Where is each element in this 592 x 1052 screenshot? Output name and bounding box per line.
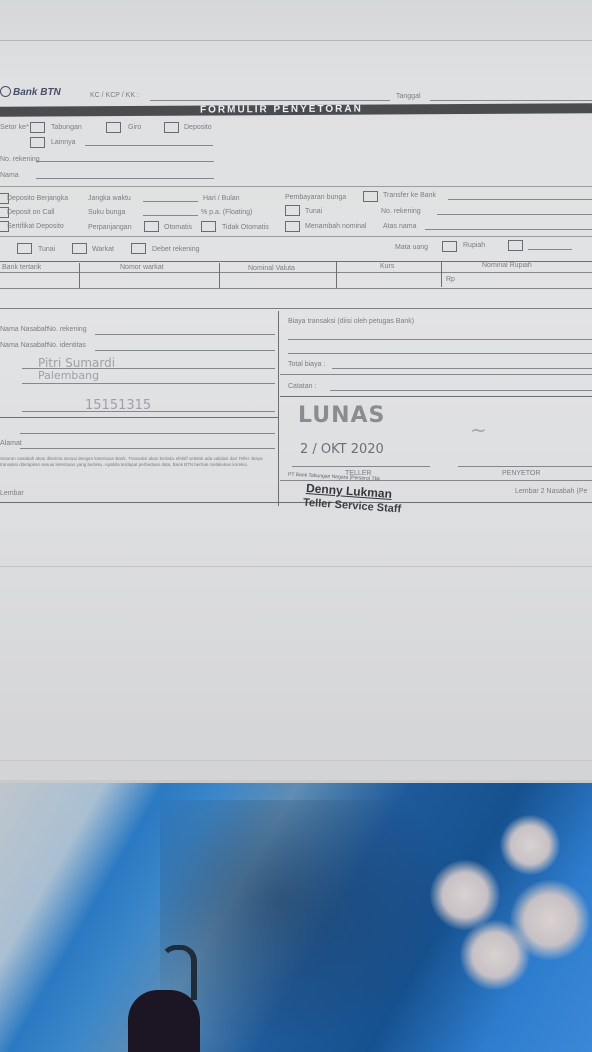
handwritten-city: Palembang bbox=[38, 369, 99, 382]
interest-payment-label: Pembayaran bunga bbox=[285, 194, 346, 201]
currency-rupiah: Rupiah bbox=[463, 242, 485, 249]
col-kurs: Kurs bbox=[380, 263, 394, 270]
section-divider bbox=[0, 417, 278, 418]
date-line bbox=[430, 100, 592, 101]
rate-field[interactable] bbox=[143, 215, 198, 216]
teller-sign-line bbox=[292, 466, 430, 467]
table-col-divider bbox=[336, 262, 337, 288]
section-divider bbox=[0, 308, 592, 309]
section-divider bbox=[0, 186, 592, 187]
interest-transfer: Transfer ke Bank bbox=[383, 192, 436, 199]
btn-logo-icon bbox=[0, 86, 11, 97]
depositor-line[interactable] bbox=[22, 383, 275, 384]
paper-fold-line bbox=[0, 566, 592, 567]
total-fee-field[interactable] bbox=[332, 368, 592, 369]
col-bank-tertarik: Bank tertarik bbox=[2, 264, 41, 271]
shadow bbox=[160, 800, 460, 1050]
section-divider bbox=[280, 374, 592, 375]
checkbox-deposito[interactable] bbox=[164, 122, 179, 133]
depositor-sign-line bbox=[458, 466, 592, 467]
bank-logo: Bank BTN bbox=[0, 86, 61, 98]
interest-tunai: Tunai bbox=[305, 208, 322, 215]
form-bottom-border bbox=[0, 502, 592, 503]
checkbox-tabungan[interactable] bbox=[30, 122, 45, 133]
source-debet: Debet rekening bbox=[152, 246, 199, 253]
term-label: Jangka waktu bbox=[88, 195, 131, 202]
depositor-name-label: Nama Nasabah bbox=[0, 326, 49, 333]
section-divider bbox=[0, 236, 592, 237]
deposito-type-1: Deposito Berjangka bbox=[7, 195, 68, 202]
paper-edge bbox=[0, 760, 592, 761]
depositor-label: PENYETOR bbox=[502, 470, 540, 477]
account-name-label: Nama bbox=[0, 172, 19, 179]
account-number-label: No. rekening bbox=[0, 156, 40, 163]
branch-label: KC / KCP / KK : bbox=[90, 92, 139, 99]
table-row-border bbox=[0, 288, 592, 289]
table-col-divider bbox=[79, 263, 80, 289]
depositor-signature: ~ bbox=[470, 418, 487, 442]
column-divider bbox=[278, 311, 279, 506]
depositor-id-label: No. identitas bbox=[47, 342, 86, 349]
form-title-band: FORMULIR PENYETORAN bbox=[0, 103, 592, 117]
flower-pattern bbox=[500, 815, 560, 875]
bag bbox=[128, 990, 200, 1052]
section-divider bbox=[280, 396, 592, 397]
checkbox-menambah-nominal[interactable] bbox=[285, 221, 300, 232]
transfer-account-label: No. rekening bbox=[381, 208, 421, 215]
extra-field[interactable] bbox=[20, 433, 275, 434]
transfer-account-field[interactable] bbox=[437, 214, 592, 215]
disclaimer-text: Setoran nasabah akan diterima sesuai den… bbox=[0, 456, 276, 482]
notes-label: Catatan : bbox=[288, 383, 316, 390]
renewal-otomatis: Otomatis bbox=[164, 224, 192, 231]
interest-menambah: Menambah nominal bbox=[305, 223, 366, 230]
section-divider bbox=[280, 480, 592, 481]
form-title: FORMULIR PENYETORAN bbox=[200, 104, 363, 116]
table-header-border bbox=[0, 272, 592, 273]
table-col-divider bbox=[219, 263, 220, 289]
checkbox-transfer-bank[interactable] bbox=[363, 191, 378, 202]
checkbox-tidak-otomatis[interactable] bbox=[201, 221, 216, 232]
option-giro: Giro bbox=[128, 124, 141, 131]
source-tunai: Tunai bbox=[38, 246, 55, 253]
term-unit: Hari / Bulan bbox=[203, 195, 240, 202]
depositor-account-field[interactable] bbox=[95, 334, 275, 335]
term-field[interactable] bbox=[143, 201, 198, 202]
footer-left: Lembar bbox=[0, 490, 24, 497]
bank-field[interactable] bbox=[448, 199, 592, 200]
rate-label: Suku bunga bbox=[88, 209, 125, 216]
checkbox-tunai[interactable] bbox=[17, 243, 32, 254]
checkbox-rupiah[interactable] bbox=[442, 241, 457, 252]
address-label: Alamat bbox=[0, 440, 22, 447]
deposito-type-3: Sertifikat Deposito bbox=[7, 223, 64, 230]
currency-label: Mata uang bbox=[395, 244, 428, 251]
stamp-date: 2 / OKT 2020 bbox=[300, 442, 384, 457]
col-nominal-valuta: Nominal Valuta bbox=[248, 265, 295, 272]
checkbox-debet-rekening[interactable] bbox=[131, 243, 146, 254]
col-nominal-rupiah: Nominal Rupiah bbox=[482, 262, 532, 269]
depositor-id-field[interactable] bbox=[95, 350, 275, 351]
checkbox-giro[interactable] bbox=[106, 122, 121, 133]
option-lainnya: Lainnya bbox=[51, 139, 76, 146]
table-col-divider bbox=[441, 261, 442, 287]
address-field[interactable] bbox=[20, 448, 275, 449]
total-fee-label: Total biaya : bbox=[288, 361, 325, 368]
fee-line[interactable] bbox=[288, 339, 592, 340]
lunas-stamp: LUNAS bbox=[298, 403, 385, 428]
source-warkat: Warkat bbox=[92, 246, 114, 253]
date-label: Tanggal bbox=[396, 93, 421, 100]
transfer-name-label: Atas nama bbox=[383, 223, 416, 230]
col-nomor-warkat: Nomor warkat bbox=[120, 264, 164, 271]
checkbox-otomatis[interactable] bbox=[144, 221, 159, 232]
fees-label: Biaya transaksi (diisi oleh petugas Bank… bbox=[288, 318, 414, 325]
bank-name: Bank BTN bbox=[13, 87, 61, 98]
transfer-name-field[interactable] bbox=[425, 229, 592, 230]
checkbox-other-currency[interactable] bbox=[508, 240, 523, 251]
branch-line bbox=[150, 100, 390, 101]
option-deposito: Deposito bbox=[184, 124, 212, 131]
checkbox-warkat[interactable] bbox=[72, 243, 87, 254]
notes-field[interactable] bbox=[330, 390, 592, 391]
flower-pattern bbox=[460, 920, 530, 990]
depositor-name-label-2: Nama Nasabah bbox=[0, 342, 49, 349]
lainnya-line[interactable] bbox=[85, 145, 213, 146]
account-name-field[interactable] bbox=[36, 178, 214, 179]
rate-unit: % p.a. (Floating) bbox=[201, 209, 252, 216]
deposit-to-label: Setor ke* bbox=[0, 124, 29, 131]
depositor-account-label: No. rekening bbox=[47, 326, 87, 333]
depositor-line[interactable] bbox=[22, 411, 275, 412]
checkbox-tunai-interest[interactable] bbox=[285, 205, 300, 216]
copy-note: Lembar 2 Nasabah (Pe bbox=[515, 488, 587, 495]
rupiah-prefix: Rp bbox=[446, 276, 455, 283]
deposito-type-2: Deposit on Call bbox=[7, 209, 54, 216]
account-number-field[interactable] bbox=[36, 161, 214, 162]
other-currency-field[interactable] bbox=[528, 249, 572, 250]
fee-line[interactable] bbox=[288, 353, 592, 354]
paper-fold-line bbox=[0, 40, 592, 41]
renewal-label: Perpanjangan bbox=[88, 224, 132, 231]
option-tabungan: Tabungan bbox=[51, 124, 82, 131]
renewal-tidak-otomatis: Tidak Otomatis bbox=[222, 224, 269, 231]
deposit-form: Bank BTN KC / KCP / KK : Tanggal FORMULI… bbox=[0, 78, 592, 508]
checkbox-lainnya[interactable] bbox=[30, 137, 45, 148]
